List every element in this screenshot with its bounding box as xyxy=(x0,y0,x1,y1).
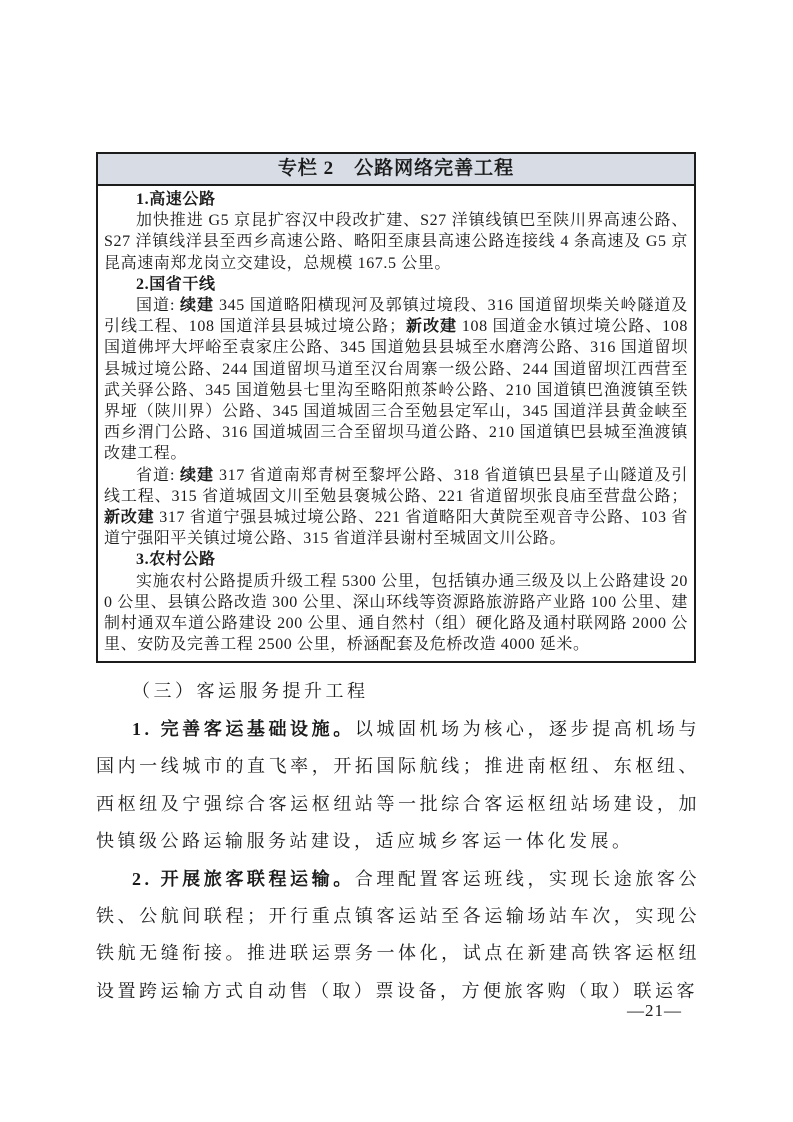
paragraph-lead-bold: 1. 完善客运基础设施。 xyxy=(132,719,355,739)
page-number: —21— xyxy=(96,1001,682,1021)
text-run: 317 省道宁强县城过境公路、221 省道略阳大黄院至观音寺公路、103 省道宁… xyxy=(104,509,688,547)
text-run-bold: 续建 xyxy=(180,297,214,314)
text-run-bold: 续建 xyxy=(180,467,214,484)
callout-box-title: 专栏 2 公路网络完善工程 xyxy=(98,154,694,186)
box-paragraph-national-roads: 国道: 续建 345 国道略阳横现河及郭镇过境段、316 国道留坝柴关岭隧道及引… xyxy=(104,295,688,465)
section-heading: （三）客运服务提升工程 xyxy=(96,673,700,710)
text-run: 省道: xyxy=(136,467,180,484)
body-paragraph-2: 2. 开展旅客联程运输。合理配置客运班线，实现长途旅客公铁、公航间联程；开行重点… xyxy=(96,861,700,1011)
box-paragraph-rural-roads: 实施农村公路提质升级工程 5300 公里，包括镇办通三级及以上公路建设 200 … xyxy=(104,571,688,656)
text-run-bold: 新改建 xyxy=(104,509,154,526)
box-section-heading-rural-roads: 3.农村公路 xyxy=(104,549,688,570)
box-section-heading-trunk-roads: 2.国省干线 xyxy=(104,274,688,295)
text-run: 108 国道金水镇过境公路、108 国道佛坪大坪峪至袁家庄公路、345 国道勉县… xyxy=(104,318,688,462)
text-run: 加快推进 G5 京昆扩容汉中段改扩建、S27 洋镇线镇巴至陕川界高速公路、S27… xyxy=(104,212,688,271)
document-page: { "page": { "page_number": "—21—" }, "co… xyxy=(0,0,793,1122)
text-run-bold: 新改建 xyxy=(406,318,457,335)
text-run: 实施农村公路提质升级工程 5300 公里，包括镇办通三级及以上公路建设 200 … xyxy=(104,573,688,654)
document-body: （三）客运服务提升工程 1. 完善客运基础设施。以城固机场为核心，逐步提高机场与… xyxy=(96,673,700,1010)
paragraph-lead-bold: 2. 开展旅客联程运输。 xyxy=(132,869,355,889)
body-paragraph-1: 1. 完善客运基础设施。以城固机场为核心，逐步提高机场与国内一线城市的直飞率，开… xyxy=(96,711,700,861)
box-paragraph-provincial-roads: 省道: 续建 317 省道南郑青树至黎坪公路、318 省道镇巴县星子山隧道及引线… xyxy=(104,465,688,550)
text-run: 国道: xyxy=(136,297,180,314)
highway-network-callout-box: 专栏 2 公路网络完善工程 1.高速公路 加快推进 G5 京昆扩容汉中段改扩建、… xyxy=(96,152,696,663)
box-section-heading-expressway: 1.高速公路 xyxy=(104,189,688,210)
callout-box-body: 1.高速公路 加快推进 G5 京昆扩容汉中段改扩建、S27 洋镇线镇巴至陕川界高… xyxy=(98,186,694,661)
box-paragraph-expressway: 加快推进 G5 京昆扩容汉中段改扩建、S27 洋镇线镇巴至陕川界高速公路、S27… xyxy=(104,210,688,274)
